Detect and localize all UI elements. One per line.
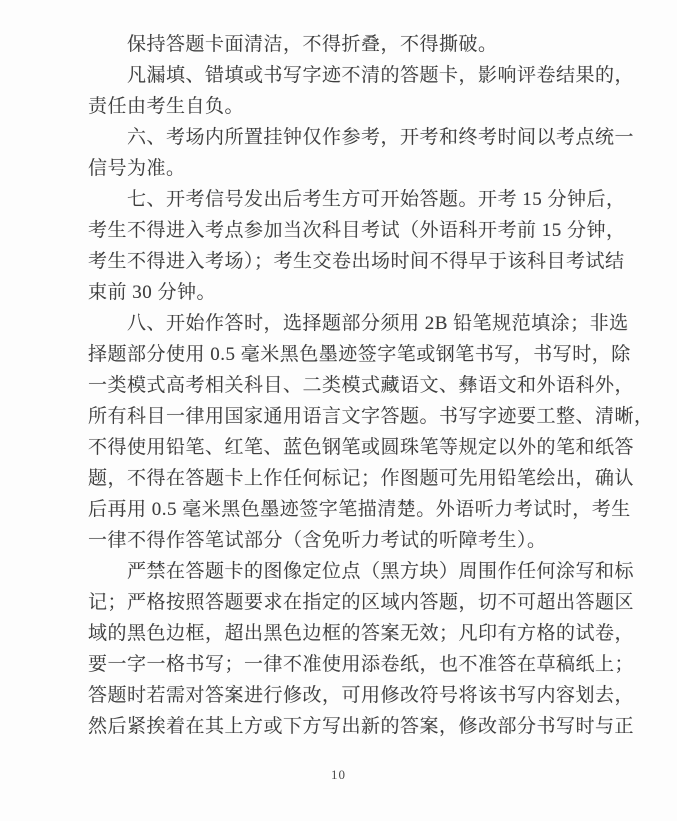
text-line: 八、开始作答时，选择题部分须用 2B 铅笔规范填涂；非选	[88, 308, 600, 339]
text-line: 后再用 0.5 毫米黑色墨迹签字笔描清楚。外语听力考试时，考生	[88, 494, 600, 525]
text-line: 然后紧挨着在其上方或下方写出新的答案，修改部分书写时与正	[88, 711, 600, 742]
text-line: 信号为准。	[88, 153, 600, 184]
text-line: 一类模式高考相关科目、二类模式藏语文、彝语文和外语科外，	[88, 370, 600, 401]
text-line: 考生不得进入考点参加当次科目考试（外语科开考前 15 分钟，	[88, 215, 600, 246]
text-line: 七、开考信号发出后考生方可开始答题。开考 15 分钟后，	[88, 184, 600, 215]
page-footer: 10	[0, 766, 677, 784]
text-line: 六、考场内所置挂钟仅作参考，开考和终考时间以考点统一	[88, 122, 600, 153]
document-body: 保持答题卡面清洁，不得折叠，不得撕破。凡漏填、错填或书写字迹不清的答题卡，影响评…	[88, 29, 600, 742]
text-line: 题，不得在答题卡上作任何标记；作图题可先用铅笔绘出，确认	[88, 463, 600, 494]
text-line: 凡漏填、错填或书写字迹不清的答题卡，影响评卷结果的，	[88, 60, 600, 91]
text-line: 责任由考生自负。	[88, 91, 600, 122]
page-number: 10	[331, 767, 346, 783]
text-line: 择题部分使用 0.5 毫米黑色墨迹签字笔或钢笔书写，书写时，除	[88, 339, 600, 370]
text-line: 不得使用铅笔、红笔、蓝色钢笔或圆珠笔等规定以外的笔和纸答	[88, 432, 600, 463]
text-line: 考生不得进入考场）；考生交卷出场时间不得早于该科目考试结	[88, 246, 600, 277]
text-line: 答题时若需对答案进行修改，可用修改符号将该书写内容划去，	[88, 680, 600, 711]
text-line: 一律不得作答笔试部分（含免听力考试的听障考生）。	[88, 525, 600, 556]
text-line: 域的黑色边框，超出黑色边框的答案无效；凡印有方格的试卷，	[88, 618, 600, 649]
text-line: 所有科目一律用国家通用语言文字答题。书写字迹要工整、清晰，	[88, 401, 600, 432]
text-line: 记；严格按照答题要求在指定的区域内答题，切不可超出答题区	[88, 587, 600, 618]
text-line: 要一字一格书写；一律不准使用添卷纸，也不准答在草稿纸上；	[88, 649, 600, 680]
text-line: 严禁在答题卡的图像定位点（黑方块）周围作任何涂写和标	[88, 556, 600, 587]
text-line: 束前 30 分钟。	[88, 277, 600, 308]
text-line: 保持答题卡面清洁，不得折叠，不得撕破。	[88, 29, 600, 60]
document-page: 保持答题卡面清洁，不得折叠，不得撕破。凡漏填、错填或书写字迹不清的答题卡，影响评…	[0, 0, 677, 821]
